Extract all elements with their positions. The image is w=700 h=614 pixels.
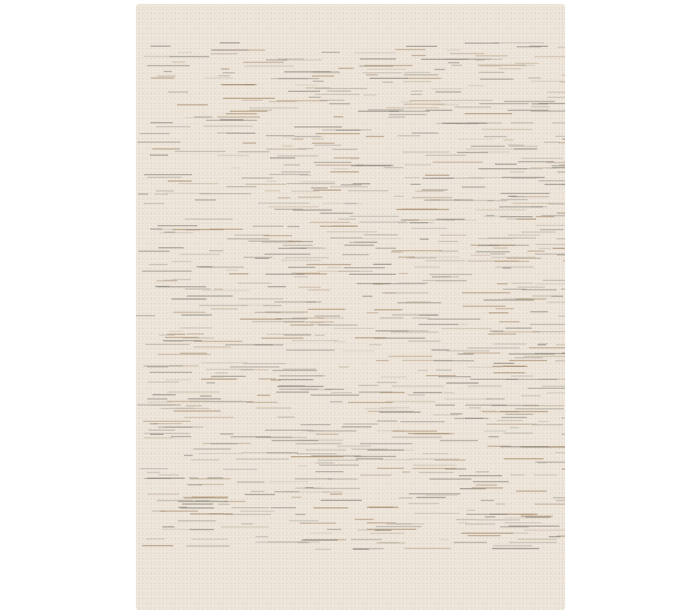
rug-streak-pattern (136, 40, 565, 550)
rug (136, 4, 565, 610)
streaks (136, 40, 565, 550)
